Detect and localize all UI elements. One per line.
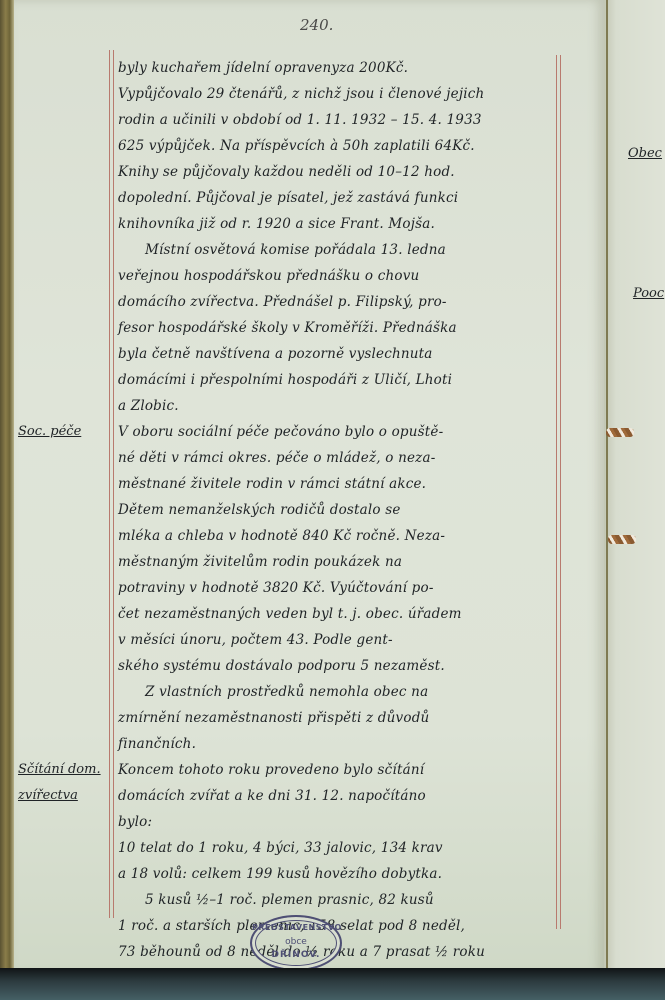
text-line: 5 kusů ½–1 roč. plemen prasnic, 82 kusů (145, 892, 585, 908)
facing-page-note-pooc: Pooc (633, 286, 664, 301)
text-line: 625 výpůjček. Na příspěvcích à 50h zapla… (118, 138, 558, 154)
book-spine-left (0, 0, 14, 975)
text-line: a Zlobic. (118, 398, 558, 414)
text-line: knihovníka již od r. 1920 a sice Frant. … (118, 216, 558, 232)
text-line: Knihy se půjčovaly každou neděli od 10–1… (118, 164, 558, 180)
text-line: městnané živitele rodin v rámci státní a… (118, 476, 558, 492)
text-line: V oboru sociální péče pečováno bylo o op… (118, 424, 558, 440)
text-line: domácími i přespolními hospodáři z Uličí… (118, 372, 558, 388)
binding-thread-icon (606, 428, 634, 437)
text-line: mléka a chleba v hodnotě 840 Kč ročně. N… (118, 528, 558, 544)
text-line: Dětem nemanželských rodičů dostalo se (118, 502, 558, 518)
text-line: a 18 volů: celkem 199 kusů hovězího doby… (118, 866, 558, 882)
official-stamp: PŘEDSTAVENSTVO obce DŘÍNOV. (250, 915, 342, 971)
text-line: byla četně navštívena a pozorně vyslechn… (118, 346, 558, 362)
text-line: Místní osvětová komise pořádala 13. ledn… (145, 242, 585, 258)
text-line: Koncem tohoto roku provedeno bylo sčítán… (118, 762, 558, 778)
text-line: byly kuchařem jídelní opravenyza 200Kč. (118, 60, 558, 76)
text-line: finančních. (118, 736, 558, 752)
left-margin-rule (109, 50, 114, 918)
binding-thread-icon (608, 535, 636, 544)
text-line: čet nezaměstnaných veden byl t. j. obec.… (118, 606, 558, 622)
book-bottom-shadow (0, 968, 665, 1000)
margin-note-livestock-census: Sčítání dom. (18, 762, 106, 777)
text-line: 10 telat do 1 roku, 4 býci, 33 jalovic, … (118, 840, 558, 856)
facing-page-note-obec: Obec (628, 146, 662, 161)
text-line: ského systému dostávalo podporu 5 nezamě… (118, 658, 558, 674)
text-line: potraviny v hodnotě 3820 Kč. Vyúčtování … (118, 580, 558, 596)
book-gutter (606, 0, 608, 975)
text-line: domácího zvířectva. Přednášel p. Filipsk… (118, 294, 558, 310)
text-line: rodin a učinili v období od 1. 11. 1932 … (118, 112, 558, 128)
text-line: městnaným živitelům rodin poukázek na (118, 554, 558, 570)
text-line: v měsíci únoru, počtem 43. Podle gent- (118, 632, 558, 648)
margin-note-livestock-census-2: zvířectva (18, 788, 106, 803)
stamp-top-text: PŘEDSTAVENSTVO (252, 923, 340, 932)
margin-note-social-care: Soc. péče (18, 424, 106, 439)
stamp-middle-text: obce (252, 937, 340, 947)
text-line: Vypůjčovalo 29 čtenářů, z nichž jsou i č… (118, 86, 558, 102)
text-line: zmírnění nezaměstnanosti přispěti z důvo… (118, 710, 558, 726)
page-number: 240. (300, 16, 333, 34)
text-line: bylo: (118, 814, 558, 830)
text-line: domácích zvířat a ke dni 31. 12. napočít… (118, 788, 558, 804)
text-line: fesor hospodářské školy v Kroměříži. Pře… (118, 320, 558, 336)
text-line: dopolední. Půjčoval je písatel, jež zast… (118, 190, 558, 206)
text-line: veřejnou hospodářskou přednášku o chovu (118, 268, 558, 284)
text-line: Z vlastních prostředků nemohla obec na (145, 684, 585, 700)
stamp-bottom-text: DŘÍNOV. (252, 950, 340, 960)
text-line: né děti v rámci okres. péče o mládež, o … (118, 450, 558, 466)
